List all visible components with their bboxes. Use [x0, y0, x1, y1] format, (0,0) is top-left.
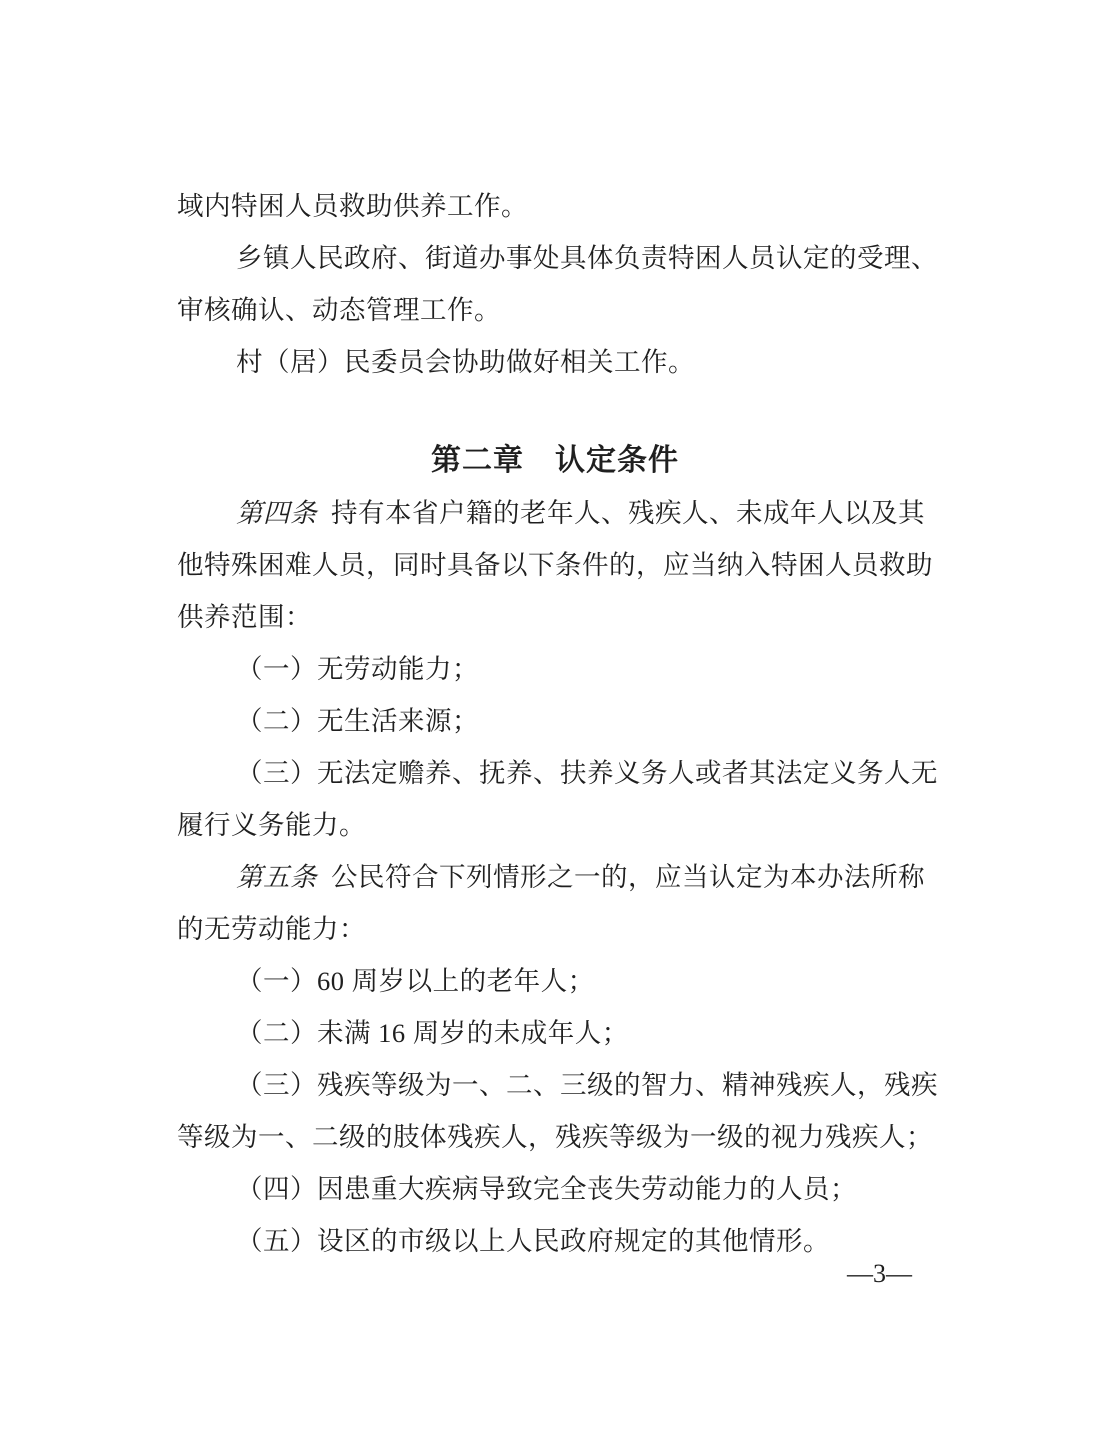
text-line: 的无劳动能力： [177, 903, 933, 955]
list-item: （四）因患重大疾病导致完全丧失劳动能力的人员； [177, 1163, 933, 1215]
list-item: （一）无劳动能力； [177, 643, 933, 695]
text-line-content: 持有本省户籍的老年人、残疾人、未成年人以及其 [331, 498, 925, 528]
text-line-content: 域内特困人员救助供养工作。 [177, 191, 528, 221]
text-line: 域内特困人员救助供养工作。 [177, 180, 933, 232]
text-line: 村（居）民委员会协助做好相关工作。 [177, 336, 933, 388]
list-item: （三）残疾等级为一、二、三级的智力、精神残疾人，残疾 [177, 1059, 933, 1111]
text-line-content: （三）残疾等级为一、二、三级的智力、精神残疾人，残疾 [236, 1070, 938, 1100]
text-line-content: （四）因患重大疾病导致完全丧失劳动能力的人员； [236, 1174, 857, 1204]
article-5-number: 第五条 [236, 862, 317, 892]
text-line-content: （五）设区的市级以上人民政府规定的其他情形。 [236, 1226, 830, 1256]
text-line-content: 审核确认、动态管理工作。 [177, 295, 501, 325]
document-body: 域内特困人员救助供养工作。 乡镇人民政府、街道办事处具体负责特困人员认定的受理、… [177, 180, 933, 1267]
list-item: （三）无法定赡养、抚养、扶养义务人或者其法定义务人无 [177, 747, 933, 799]
list-item-continuation: 等级为一、二级的肢体残疾人，残疾等级为一级的视力残疾人； [177, 1111, 933, 1163]
text-line-content: 乡镇人民政府、街道办事处具体负责特困人员认定的受理、 [236, 243, 938, 273]
list-item: （一）60 周岁以上的老年人； [177, 955, 933, 1007]
chapter-heading: 第二章 认定条件 [177, 435, 933, 487]
text-line: 供养范围： [177, 591, 933, 643]
document-page: 域内特困人员救助供养工作。 乡镇人民政府、街道办事处具体负责特困人员认定的受理、… [0, 0, 1105, 1430]
text-line-content: （三）无法定赡养、抚养、扶养义务人或者其法定义务人无 [236, 758, 938, 788]
text-line: 他特殊困难人员，同时具备以下条件的，应当纳入特困人员救助 [177, 539, 933, 591]
text-line-content: 供养范围： [177, 602, 312, 632]
page-number: —3— [177, 1258, 912, 1290]
text-line-content: （一）无劳动能力； [236, 654, 479, 684]
text-line: 审核确认、动态管理工作。 [177, 284, 933, 336]
text-line-content: 村（居）民委员会协助做好相关工作。 [236, 347, 695, 377]
list-item-continuation: 履行义务能力。 [177, 799, 933, 851]
text-line: 第五条公民符合下列情形之一的，应当认定为本办法所称 [177, 851, 933, 903]
text-line-content: （二）未满 16 周岁的未成年人； [236, 1018, 629, 1048]
article-4-number: 第四条 [236, 498, 317, 528]
list-item: （二）未满 16 周岁的未成年人； [177, 1007, 933, 1059]
text-line-content: 的无劳动能力： [177, 914, 366, 944]
text-line: 乡镇人民政府、街道办事处具体负责特困人员认定的受理、 [177, 232, 933, 284]
text-line: 第四条持有本省户籍的老年人、残疾人、未成年人以及其 [177, 487, 933, 539]
text-line-content: 等级为一、二级的肢体残疾人，残疾等级为一级的视力残疾人； [177, 1122, 933, 1152]
text-line-content: （一）60 周岁以上的老年人； [236, 966, 595, 996]
text-line-content: 他特殊困难人员，同时具备以下条件的，应当纳入特困人员救助 [177, 550, 933, 580]
text-line-content: 公民符合下列情形之一的，应当认定为本办法所称 [331, 862, 925, 892]
list-item: （二）无生活来源； [177, 695, 933, 747]
text-line-content: （二）无生活来源； [236, 706, 479, 736]
text-line-content: 履行义务能力。 [177, 810, 366, 840]
